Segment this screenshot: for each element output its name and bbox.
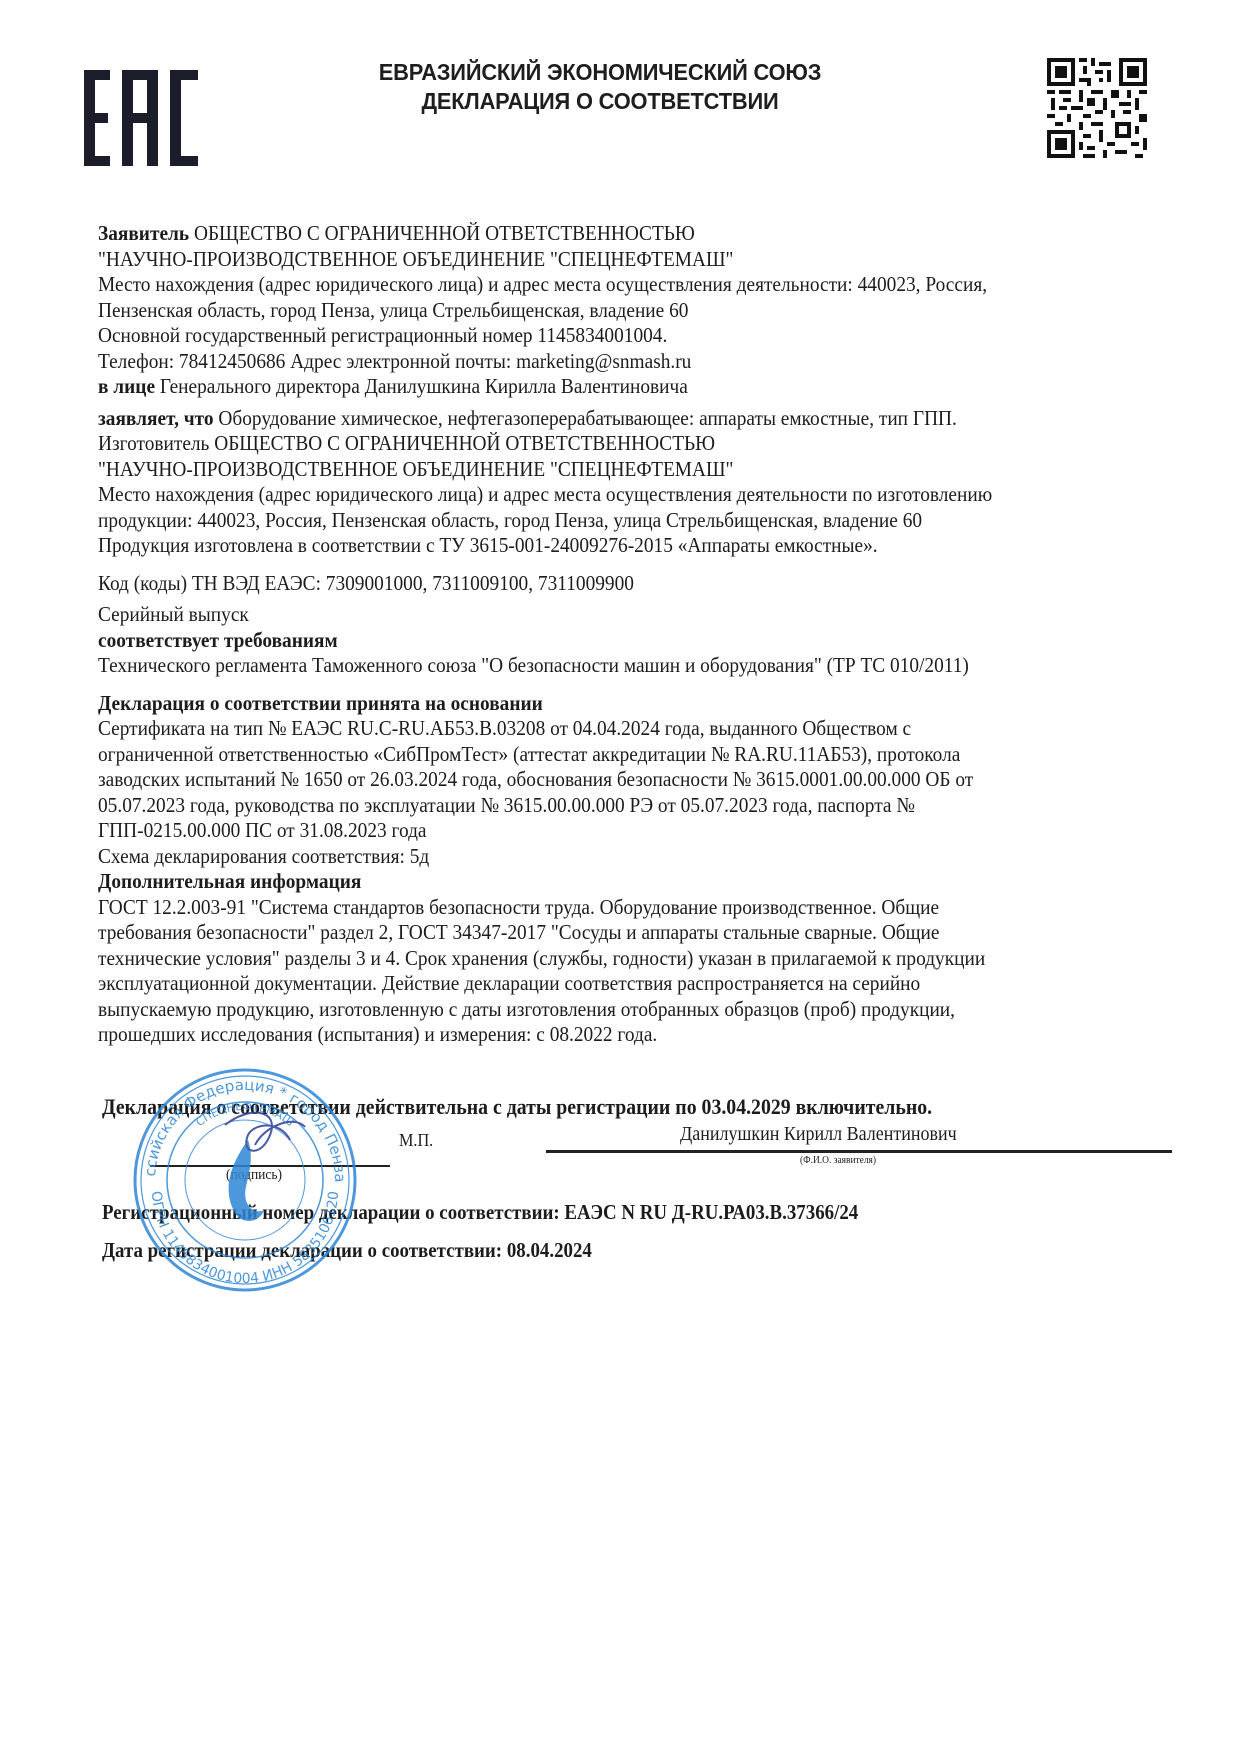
applicant-contacts: Телефон: 78412450686 Адрес электронной п… <box>98 349 1061 375</box>
product-description: Оборудование химическое, нефтегазоперера… <box>214 406 957 430</box>
basis-section: Декларация о соответствии принята на осн… <box>98 691 1168 870</box>
additional-info-line: прошедших исследования (испытания) и изм… <box>98 1022 1061 1048</box>
applicant-address: Место нахождения (адрес юридического лиц… <box>98 272 1061 298</box>
applicant-label: Заявитель <box>98 221 189 245</box>
basis-line: 05.07.2023 года, руководства по эксплуат… <box>98 793 1061 819</box>
product-spec: Продукция изготовлена в соответствии с Т… <box>98 533 1061 559</box>
applicant-name-cont: "НАУЧНО-ПРОИЗВОДСТВЕННОЕ ОБЪЕДИНЕНИЕ "СП… <box>98 247 1061 273</box>
basis-line: Сертификата на тип № ЕАЭС RU.C-RU.АБ53.В… <box>98 716 1061 742</box>
eac-logo-icon <box>84 70 202 166</box>
declares-section: заявляет, что Оборудование химическое, н… <box>98 406 1168 559</box>
tn-ved-codes: Код (коды) ТН ВЭД ЕАЭС: 7309001000, 7311… <box>98 571 1061 597</box>
document-title: ДЕКЛАРАЦИЯ О СООТВЕТСТВИИ <box>321 87 879 116</box>
basis-line: заводских испытаний № 1650 от 26.03.2024… <box>98 767 1061 793</box>
additional-info-line: эксплуатационной документации. Действие … <box>98 971 1061 997</box>
applicant-address-cont: Пензенская область, город Пенза, улица С… <box>98 298 1061 324</box>
applicant-name: ОБЩЕСТВО С ОГРАНИЧЕННОЙ ОТВЕТСТВЕННОСТЬЮ <box>189 221 695 245</box>
company-stamp-icon: Российская Федерация * город Пенза * ОГР… <box>130 1065 360 1295</box>
document-header: ЕВРАЗИЙСКИЙ ЭКОНОМИЧЕСКИЙ СОЮЗ ДЕКЛАРАЦИ… <box>321 58 879 116</box>
union-title: ЕВРАЗИЙСКИЙ ЭКОНОМИЧЕСКИЙ СОЮЗ <box>321 58 879 87</box>
representative-label: в лице <box>98 374 155 398</box>
basis-label: Декларация о соответствии принята на осн… <box>98 691 1061 717</box>
manufacturer-name-cont: "НАУЧНО-ПРОИЗВОДСТВЕННОЕ ОБЪЕДИНЕНИЕ "СП… <box>98 457 1061 483</box>
applicant-full-name: Данилушкин Кирилл Валентинович <box>680 1123 957 1146</box>
manufacturer-address-cont: продукции: 440023, Россия, Пензенская об… <box>98 508 1061 534</box>
release-type: Серийный выпуск <box>98 602 1061 628</box>
name-line <box>546 1150 1172 1153</box>
conformity-section: соответствует требованиям Технического р… <box>98 628 1168 679</box>
additional-info-line: технические условия" разделы 3 и 4. Срок… <box>98 946 1061 972</box>
applicant-ogrn: Основной государственный регистрационный… <box>98 323 1061 349</box>
declaration-scheme: Схема декларирования соответствия: 5д <box>98 844 1061 870</box>
additional-info-label: Дополнительная информация <box>98 869 1061 895</box>
declares-label: заявляет, что <box>98 406 214 430</box>
seal-place-label: М.П. <box>399 1130 433 1151</box>
codes-section: Код (коды) ТН ВЭД ЕАЭС: 7309001000, 7311… <box>98 571 1168 628</box>
name-label: (Ф.И.О. заявителя) <box>800 1155 876 1166</box>
manufacturer-name: Изготовитель ОБЩЕСТВО С ОГРАНИЧЕННОЙ ОТВ… <box>98 431 1061 457</box>
manufacturer-address: Место нахождения (адрес юридического лиц… <box>98 482 1061 508</box>
basis-line: ограниченной ответственностью «СибПромТе… <box>98 742 1061 768</box>
applicant-section: Заявитель ОБЩЕСТВО С ОГРАНИЧЕННОЙ ОТВЕТС… <box>98 221 1168 400</box>
additional-info-line: выпускаемую продукцию, изготовленную с д… <box>98 997 1061 1023</box>
additional-info-line: требования безопасности" раздел 2, ГОСТ … <box>98 920 1061 946</box>
representative-value: Генерального директора Данилушкина Кирил… <box>155 374 688 398</box>
basis-line: ГПП-0215.00.000 ПС от 31.08.2023 года <box>98 818 1061 844</box>
conformity-label: соответствует требованиям <box>98 628 1061 654</box>
declaration-body: Заявитель ОБЩЕСТВО С ОГРАНИЧЕННОЙ ОТВЕТС… <box>98 221 1168 1048</box>
conformity-regulation: Технического регламента Таможенного союз… <box>98 653 1061 679</box>
additional-info-section: Дополнительная информация ГОСТ 12.2.003-… <box>98 869 1168 1048</box>
qr-code-icon <box>1047 58 1147 158</box>
additional-info-line: ГОСТ 12.2.003-91 "Система стандартов без… <box>98 895 1061 921</box>
declaration-page: ЕВРАЗИЙСКИЙ ЭКОНОМИЧЕСКИЙ СОЮЗ ДЕКЛАРАЦИ… <box>0 0 1240 1754</box>
